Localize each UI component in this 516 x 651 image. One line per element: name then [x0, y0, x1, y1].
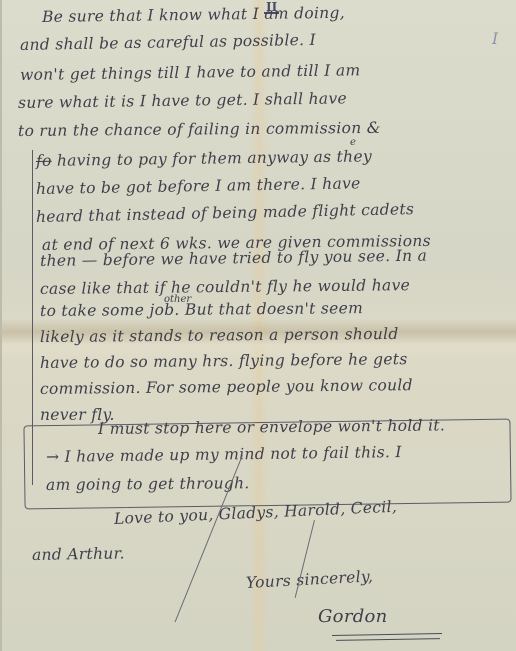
signature-underline [332, 633, 442, 636]
line-text: have to do so many hrs. flying before he… [40, 350, 408, 372]
line-text: to take some job. But that doesn't seem [40, 299, 363, 320]
letter-line-5: to run the chance of failing in commissi… [18, 119, 381, 140]
line-text: have to be got before I am there. I have [36, 174, 361, 198]
line-text: to run the chance of failing in commissi… [18, 119, 381, 140]
struck-word: fo [36, 152, 52, 170]
letter-line-6: fo having to pay for them anyway as they [36, 147, 372, 170]
line-text: am going to get through. [46, 474, 250, 494]
letter-line-7: have to be got before I am there. I have [36, 174, 361, 198]
salutation-cont-line: and Arthur. [32, 544, 125, 564]
line-text: likely as it stands to reason a person s… [40, 325, 399, 346]
letter-line-15: commission. For some people you know cou… [40, 376, 413, 398]
letter-line-3: won't get things till I have to and till… [20, 61, 361, 84]
letter-line-14: have to do so many hrs. flying before he… [40, 350, 408, 372]
line-text: and shall be as careful as possible. I [20, 31, 316, 54]
letter-page: II Be sure that I know what I am doing, … [0, 0, 516, 651]
signature-underline-2 [336, 638, 440, 641]
letter-line-4: sure what it is I have to get. I shall h… [18, 89, 347, 112]
line-text: commission. For some people you know cou… [40, 376, 413, 398]
letter-line-13: likely as it stands to reason a person s… [40, 325, 399, 346]
line-text: won't get things till I have to and till… [20, 61, 361, 84]
signature: Gordon [318, 606, 388, 627]
line-text: Gordon [318, 606, 388, 627]
insertion-mark: e [350, 137, 356, 148]
letter-line-11: case like that if he couldn't fly he wou… [40, 276, 410, 298]
arrow-icon: → [46, 448, 60, 466]
line-text: I must stop here or envelope won't hold … [98, 416, 445, 438]
line-text: Yours sincerely, [246, 567, 374, 592]
valediction: Yours sincerely, [246, 567, 374, 592]
line-text: and Arthur. [32, 544, 125, 564]
line-text: Be sure that I know what I am doing, [42, 4, 345, 26]
letter-line-8: heard that instead of being made flight … [36, 200, 414, 226]
line-text: case like that if he couldn't fly he wou… [40, 276, 410, 298]
letter-line-2: and shall be as careful as possible. I [20, 31, 316, 54]
faint-margin-note: I [492, 30, 498, 48]
line-text: having to pay for them anyway as they [57, 147, 372, 169]
line-text: heard that instead of being made flight … [36, 200, 414, 226]
letter-line-12: to take some job. But that doesn't seem [40, 299, 363, 320]
line-text: sure what it is I have to get. I shall h… [18, 89, 347, 112]
letter-line-17: I must stop here or envelope won't hold … [98, 416, 445, 438]
letter-line-1: Be sure that I know what I am doing, [42, 4, 345, 26]
letter-line-19-boxed: am going to get through. [46, 474, 250, 494]
